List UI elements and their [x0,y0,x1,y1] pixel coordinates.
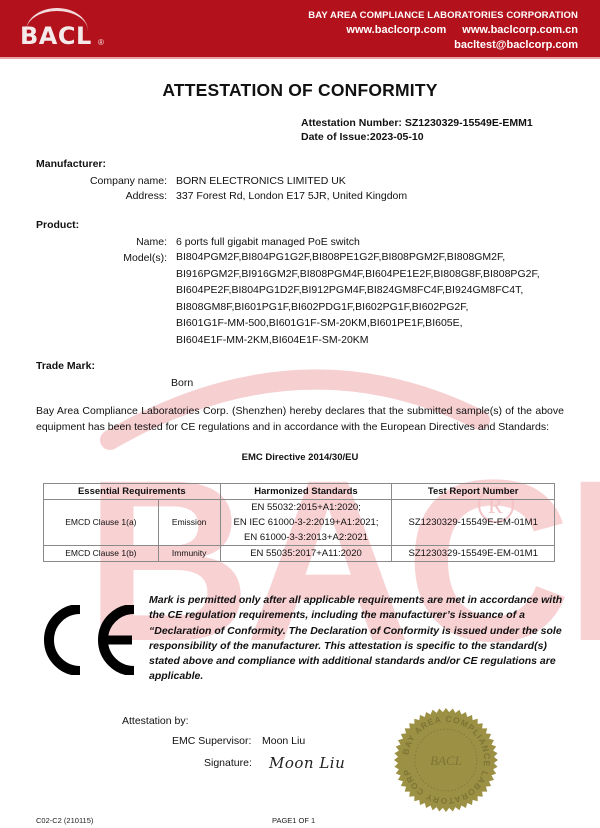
standard-item: EN 61000-3-3:2013+A2:2021 [224,530,389,545]
models-list: BI804PGM2F,BI804PG1G2F,BI808PE1G2F,BI808… [176,249,540,349]
standard-item: EN 55032:2015+A1:2020; [224,500,389,515]
table-row: EMCD Clause 1(a) Emission EN 55032:2015+… [44,500,555,546]
company-name: BORN ELECTRONICS LIMITED UK [176,173,346,189]
directive-title: EMC Directive 2014/30/EU [0,452,600,463]
models-line: BI604PE2F,BI804PG1D2F,BI912PGM4F,BI824GM… [176,282,540,299]
clause-cell: EMCD Clause 1(b) [44,546,159,562]
models-line: BI916PGM2F,BI916GM2F,BI808PGM4F,BI604PE1… [176,266,540,283]
col-essential-requirements: Essential Requirements [44,484,221,500]
standards-cell: EN 55035:2017+A11:2020 [220,546,392,562]
standard-item: EN IEC 61000-3-2:2019+A1:2021; [224,515,389,530]
gold-seal-icon: BAY AREA COMPLIANCE LABORATORY CORP BACL [391,697,501,823]
report-cell: SZ1230329-15549E-EM-01M1 [392,500,555,546]
standard-item: EN 55035:2017+A11:2020 [224,546,389,561]
date-of-issue-label: Date of Issue: [301,131,370,143]
attestation-info: Attestation Number: SZ1230329-15549E-EMM… [301,116,533,144]
table-row: EMCD Clause 1(b) Immunity EN 55035:2017+… [44,546,555,562]
address: 337 Forest Rd, London E17 5JR, United Ki… [176,188,407,204]
ce-notice-text: Mark is permitted only after all applica… [149,593,569,685]
report-cell: SZ1230329-15549E-EM-01M1 [392,546,555,562]
page-number: PAGE1 OF 1 [272,816,315,825]
supervisor-label: EMC Supervisor: [172,735,251,747]
models-line: BI601G1F-MM-500,BI601G1F-SM-20KM,BI601PE… [176,315,540,332]
document-body: ATTESTATION OF CONFORMITY Attestation Nu… [0,0,600,828]
col-harmonized-standards: Harmonized Standards [220,484,392,500]
form-code: C02-C2 (210115) [36,816,93,825]
ce-mark-icon [38,605,138,675]
type-cell: Emission [158,500,220,546]
models-line: BI808GM8F,BI601PG1F,BI602PDG1F,BI602PG1F… [176,299,540,316]
trademark-value: Born [171,375,193,391]
col-test-report-number: Test Report Number [392,484,555,500]
company-name-label: Company name: [90,173,167,189]
signature: Moon Liu [269,754,345,772]
product-name: 6 ports full gigabit managed PoE switch [176,234,360,250]
seal-center-text: BACL [430,753,462,768]
supervisor-name: Moon Liu [262,735,305,747]
models-line: BI804PGM2F,BI804PG1G2F,BI808PE1G2F,BI808… [176,249,540,266]
standards-cell: EN 55032:2015+A1:2020; EN IEC 61000-3-2:… [220,500,392,546]
models-line: BI604E1F-MM-2KM,BI604E1F-SM-20KM [176,332,540,349]
page-title: ATTESTATION OF CONFORMITY [0,80,600,101]
product-name-label: Name: [136,234,167,250]
clause-cell: EMCD Clause 1(a) [44,500,159,546]
models-label: Model(s): [123,250,167,266]
type-cell: Immunity [158,546,220,562]
declaration-text: Bay Area Compliance Laboratories Corp. (… [36,404,564,435]
trademark-heading: Trade Mark: [36,360,95,372]
manufacturer-heading: Manufacturer: [36,158,106,170]
date-of-issue: 2023-05-10 [370,131,424,143]
attestation-number: SZ1230329-15549E-EMM1 [405,117,533,129]
address-label: Address: [126,188,167,204]
attestation-number-label: Attestation Number: [301,117,402,129]
signature-label: Signature: [204,757,252,769]
product-heading: Product: [36,219,79,231]
table-header-row: Essential Requirements Harmonized Standa… [44,484,555,500]
standards-table: Essential Requirements Harmonized Standa… [43,483,555,562]
attestation-by-label: Attestation by: [122,715,189,727]
